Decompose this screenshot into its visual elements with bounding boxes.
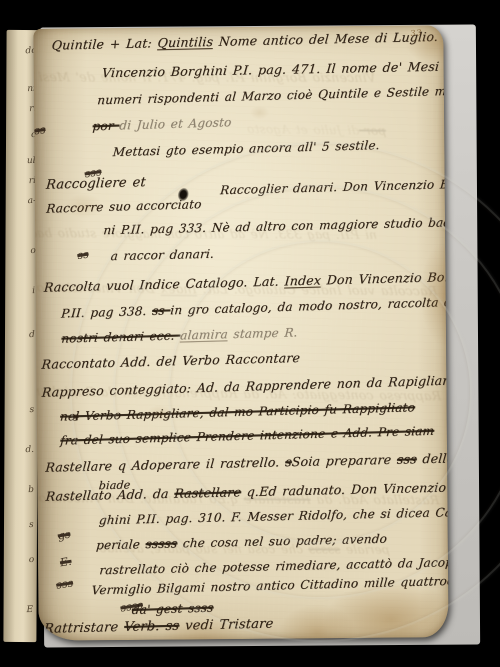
manuscript-line: Mettasi gto esempio ancora all' 5 sestil… <box>112 138 380 159</box>
manuscript-text-segment: numeri rispondenti al Marzo cioè Quintil… <box>97 83 449 107</box>
manuscript-line: Rastellato Add. da Rastellare q.Ed radun… <box>45 479 449 504</box>
manuscript-text-segment: che cosa nel suo padre; avendo <box>177 532 388 551</box>
manuscript-text-segment: Rastellato Add. da <box>310 492 440 508</box>
manuscript-text-segment: Vincenzio Borghini P.I. pag. 471. Il nom… <box>101 58 448 81</box>
manuscript-line: P.II. pag 338. ss in gro catalogo, da mo… <box>61 295 449 321</box>
stain-layer <box>33 25 448 641</box>
manuscript-page: 33 Vincenzio Borghini P.I. pag. 471. Il … <box>33 25 448 641</box>
manuscript-text-segment: s <box>285 454 293 469</box>
manuscript-text-segment: por <box>92 118 120 133</box>
sliver-fragment: o <box>28 555 34 565</box>
manuscript-text-segment: che cosa nel suo padre; avendo <box>98 541 309 556</box>
manuscript-line: Vincenzio Borghini P.I. pag. 471. Il nom… <box>101 58 448 81</box>
margin-scribble: gs <box>57 528 71 543</box>
ink-blot <box>176 186 190 202</box>
sliver-fragment: d. <box>26 445 35 455</box>
manuscript-line: periale sssss che cosa nel suo padre; av… <box>96 532 388 553</box>
manuscript-line: Rastellato Add. da Rastellare q.Ed radun… <box>33 490 440 507</box>
manuscript-line: por di Julio et Agosto <box>246 122 386 138</box>
manuscript-text-segment: di Julio et Agosto <box>246 122 360 137</box>
manuscript-text-segment: ghini P.II. pag. 310. F. Messer Ridolfo,… <box>98 503 448 527</box>
text-layer: Quintile + Lat: Quintilis Nome antico de… <box>33 25 448 641</box>
manuscript-text-segment: ni P.II. pag 333. Nè ad altro con maggio… <box>103 214 449 237</box>
sliver-fragment: E <box>27 605 34 615</box>
manuscript-text-segment: Rappreso conteggiato: Ad. da Rapprendere… <box>41 371 448 399</box>
paper-texture <box>33 25 448 641</box>
manuscript-text-segment: Raccoglier danari. Don Vincenzio Borghi- <box>220 176 449 197</box>
manuscript-line: Rappreso conteggiato: Ad. da Rapprendere… <box>41 371 448 399</box>
margin-scribble: ss <box>76 248 89 263</box>
bleed-through-layer: Vincenzio Borghini P.I. pag. 471. Il nom… <box>33 25 448 641</box>
manuscript-text-segment: Index <box>159 281 197 296</box>
manuscript-line: nostri denari ecc. alamira stampe R. <box>61 325 298 345</box>
manuscript-text-segment: Vincenzio Borghini P.I. pag. 471. Il nom… <box>33 69 376 85</box>
manuscript-line: Rastellare q Adoperare il rastrello. sSo… <box>45 450 449 474</box>
margin-scribble: ss <box>33 123 46 138</box>
manuscript-text-segment: in gro catalogo, da modo nostro, raccolt… <box>170 295 449 318</box>
manuscript-text-segment: Raccontato Add. del Verbo Raccontare <box>41 350 301 372</box>
manuscript-line: Vermiglio Bilgami nostro antico Cittadin… <box>91 572 449 597</box>
manuscript-text-segment: delle <box>416 450 448 466</box>
folio-number: 33 <box>410 28 423 38</box>
manuscript-text-segment: Quintilis <box>157 34 214 50</box>
manuscript-text-segment: Quintile + Lat: <box>51 35 158 52</box>
manuscript-text-segment: periale <box>339 542 390 556</box>
manuscript-text-segment: vedi Tristare <box>179 617 274 634</box>
manuscript-line: rastrellato ciò che potesse rimediare, a… <box>99 555 449 578</box>
manuscript-text-segment: Soia preparare <box>291 452 397 469</box>
manuscript-text-segment: rastrellato ciò che potesse rimediare, a… <box>99 555 449 578</box>
manuscript-text-segment: Raccolta vuol <box>43 277 140 295</box>
manuscript-line: por di Julio et Agosto <box>92 115 232 133</box>
photo-stage: donirioulria-oidsd.bsoE 33 Vincenzio Bor… <box>0 0 500 667</box>
manuscript-text-segment: ni P.II. pag 333. Nè ad altro con maggio… <box>33 226 377 242</box>
manuscript-line: Raccolta vuol Indice Catalogo. Lat. Inde… <box>43 268 448 295</box>
margin-scribble: s <box>72 410 80 424</box>
manuscript-text-segment: Lat. <box>247 273 285 289</box>
manuscript-text-segment: a raccor danari. <box>110 247 215 263</box>
manuscript-line: Rattristare Verb. ss vedi Tristare <box>43 617 274 637</box>
manuscript-text-segment: P.II. pag 338. <box>61 304 153 321</box>
manuscript-text-segment: nostri denari ecc. <box>61 328 181 345</box>
margin-scribble: E. <box>59 555 72 570</box>
manuscript-text-segment: q.Ed radunato. Don Vincenzio Bor- <box>33 490 244 506</box>
manuscript-line: Quintile + Lat: Quintilis Nome antico de… <box>51 28 448 53</box>
manuscript-line: Raccontato Add. del Verbo Raccontare <box>41 350 301 372</box>
manuscript-text-segment: Rastellare <box>243 491 311 506</box>
manuscript-text-segment: Rastellare q Adoperare il rastrello. <box>45 454 286 474</box>
manuscript-line: a raccor danari. <box>110 247 215 263</box>
manuscript-text-segment: Indice Catalogo. <box>139 274 249 292</box>
manuscript-text-segment: Rastellato Add. da <box>45 486 175 504</box>
manuscript-text-segment: Rattristare <box>43 620 124 637</box>
manuscript-line: nel Verbo Rappigliare, dal mo Participio… <box>60 400 416 423</box>
manuscript-text-segment: Index <box>284 272 322 288</box>
manuscript-line: Rappreso conteggiato: Ad. da Rapprendere… <box>33 383 442 403</box>
manuscript-line: Raccolta vuol Indice Catalogo. Lat. Inde… <box>33 279 438 298</box>
sliver-fragment: d <box>29 330 35 340</box>
manuscript-text-segment: Raccolta vuol <box>341 282 438 298</box>
manuscript-text-segment: sss <box>396 451 417 466</box>
manuscript-text-segment: Don Vincenzio Borghini <box>33 279 160 295</box>
manuscript-text-segment: Indice Catalogo. <box>233 282 343 298</box>
manuscript-text-segment: fra del suo semplice Prendere intenzione… <box>60 424 435 448</box>
manuscript-text-segment: Lat. <box>196 281 234 296</box>
margin-scribble: sss <box>84 165 103 180</box>
manuscript-text-segment: Don Vincenzio Borghini <box>320 268 448 287</box>
manuscript-line: Vincenzio Borghini P.I. pag. 471. Il nom… <box>33 69 376 85</box>
manuscript-line: periale sssss che cosa nel suo padre; av… <box>98 541 390 557</box>
manuscript-line: Raccoglier danari. Don Vincenzio Borghi- <box>220 176 449 197</box>
margin-scribble: ssss <box>120 598 144 614</box>
manuscript-text-segment: periale <box>96 537 147 552</box>
manuscript-line: numeri rispondenti al Marzo cioè Quintil… <box>97 83 449 107</box>
manuscript-text-segment: stampe R. <box>227 325 298 341</box>
manuscript-line: biade <box>98 478 131 492</box>
sliver-fragment: b <box>28 485 34 495</box>
manuscript-text-segment: ss <box>152 303 171 318</box>
manuscript-text-segment: por <box>358 123 386 137</box>
sliver-fragment: s <box>29 520 34 530</box>
manuscript-text-segment: Rappreso conteggiato: Ad. da Rapprendere… <box>33 383 442 403</box>
manuscript-line: ghini P.II. pag. 310. F. Messer Ridolfo,… <box>98 503 448 527</box>
manuscript-text-segment: Mettasi gto esempio ancora all' 5 sestil… <box>112 138 380 159</box>
manuscript-text-segment: Rastellare <box>174 484 242 501</box>
manuscript-text-segment: Verb. ss <box>124 619 180 635</box>
manuscript-text-segment: sssss <box>308 542 341 556</box>
manuscript-line: ni P.II. pag 333. Nè ad altro con maggio… <box>33 226 377 242</box>
manuscript-text-segment: alamira <box>180 327 229 342</box>
manuscript-text-segment: di Julio et Agosto <box>119 115 232 132</box>
manuscript-line: ni P.II. pag 333. Nè ad altro con maggio… <box>103 214 449 237</box>
margin-scribble: sss <box>55 576 74 591</box>
manuscript-line: fra del suo semplice Prendere intenzione… <box>60 424 435 448</box>
manuscript-text-segment: biade <box>98 478 131 492</box>
manuscript-text-segment: Vermiglio Bilgami nostro antico Cittadin… <box>91 572 449 597</box>
manuscript-text-segment: q.Ed radunato. Don Vincenzio Bor- <box>241 479 449 499</box>
manuscript-text-segment: nel Verbo Rappigliare, dal mo Participio… <box>60 400 416 423</box>
manuscript-text-segment: sssss <box>145 536 178 551</box>
sliver-fragment: s <box>30 405 35 415</box>
